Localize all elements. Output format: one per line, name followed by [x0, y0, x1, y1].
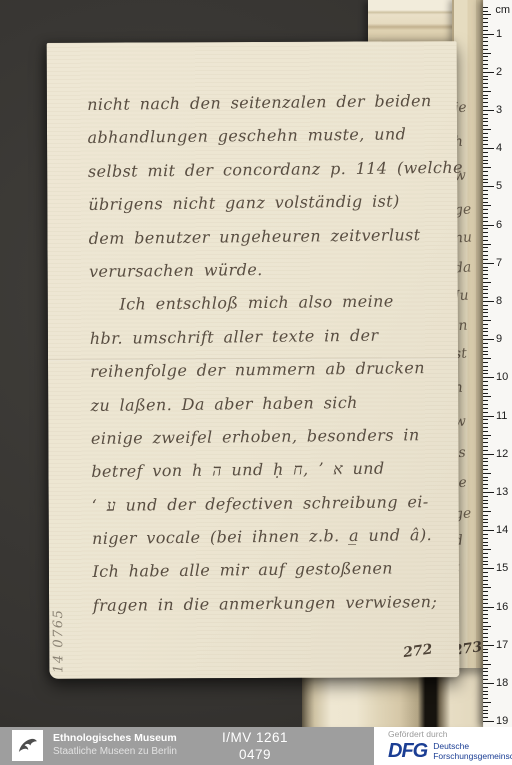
ruler-mm-tick — [483, 293, 488, 294]
ruler-mm-tick — [483, 14, 491, 15]
ruler-cm-label: 11 — [496, 409, 510, 423]
ruler-cm-tick — [483, 110, 494, 111]
ruler-mm-tick — [483, 561, 488, 562]
ruler-mm-tick — [483, 49, 488, 50]
cm-ruler: cm 12345678910111213141516171819 — [483, 0, 512, 727]
handwriting-line: hbr. umschrift aller texte in der — [90, 318, 452, 355]
ruler-mm-tick — [483, 76, 488, 77]
ruler-mm-tick — [483, 442, 488, 443]
funding-label: Gefördert durch — [388, 729, 510, 739]
ruler-mm-tick — [483, 393, 488, 394]
scan-viewer-stage: jehwgenudaJuinsthwislegedt 273 nicht nac… — [0, 0, 512, 765]
ruler-mm-tick — [483, 79, 488, 80]
ruler-mm-tick — [483, 603, 488, 604]
ruler-cm-label: 16 — [496, 600, 510, 614]
ruler-cm-label: 19 — [496, 714, 510, 728]
ruler-cm-label: 15 — [496, 561, 510, 575]
page-number-left: 272 — [402, 642, 433, 662]
ruler-mm-tick — [483, 102, 488, 103]
ruler-mm-tick — [483, 641, 488, 642]
ruler-mm-tick — [483, 274, 488, 275]
ruler-mm-tick — [483, 549, 491, 550]
ruler-mm-tick — [483, 26, 488, 27]
ruler-mm-tick — [483, 213, 488, 214]
ruler-cm-label: 2 — [496, 65, 510, 79]
handwriting-block: nicht nach den seitenzalen der beidenabh… — [87, 84, 455, 622]
ruler-mm-tick — [483, 668, 488, 669]
dfg-name-line1: Deutsche — [433, 741, 469, 751]
ruler-mm-tick — [483, 156, 488, 157]
handwriting-line: verursachen würde. — [89, 251, 451, 288]
ruler-cm-tick — [483, 721, 494, 722]
ruler-mm-tick — [483, 587, 491, 588]
ruler-cm-tick — [483, 225, 494, 226]
ruler-mm-tick — [483, 480, 488, 481]
ruler-mm-tick — [483, 660, 488, 661]
ruler-mm-tick — [483, 553, 488, 554]
ruler-mm-tick — [483, 247, 488, 248]
museum-title-block: Ethnologisches Museum Staatliche Museen … — [53, 732, 177, 758]
inventory-stamp-vertical: 14 0765 — [51, 589, 69, 673]
ruler-mm-tick — [483, 228, 488, 229]
ruler-cm-tick — [483, 148, 494, 149]
ruler-mm-tick — [483, 167, 491, 168]
ruler-mm-tick — [483, 599, 488, 600]
ruler-mm-tick — [483, 637, 488, 638]
ruler-mm-tick — [483, 469, 488, 470]
ruler-mm-tick — [483, 267, 488, 268]
ruler-mm-tick — [483, 652, 488, 653]
ruler-mm-tick — [483, 98, 488, 99]
ruler-mm-tick — [483, 412, 488, 413]
ruler-mm-tick — [483, 500, 488, 501]
ruler-cm-label: 6 — [496, 218, 510, 232]
ruler-mm-tick — [483, 484, 488, 485]
ruler-mm-tick — [483, 37, 488, 38]
handwriting-line: ʻ ע und der defectiven schreibung ei- — [91, 485, 453, 522]
ruler-cm-tick — [483, 645, 494, 646]
ruler-mm-tick — [483, 129, 491, 130]
ruler-mm-tick — [483, 305, 488, 306]
ruler-mm-tick — [483, 351, 488, 352]
museum-subtitle: Staatliche Museen zu Berlin — [53, 745, 177, 758]
ruler-mm-tick — [483, 121, 488, 122]
document-id-line1: I/MV 1261 — [190, 729, 320, 746]
ruler-cm-label: 13 — [496, 485, 510, 499]
letter-page: nicht nach den seitenzalen der beidenabh… — [47, 41, 460, 679]
handwriting-line: reihenfolge der nummern ab drucken — [90, 351, 452, 388]
ruler-mm-tick — [483, 629, 488, 630]
ruler-mm-tick — [483, 408, 488, 409]
ruler-mm-tick — [483, 205, 491, 206]
ruler-mm-tick — [483, 60, 488, 61]
ruler-cm-tick — [483, 568, 494, 569]
ruler-cm-label: 12 — [496, 447, 510, 461]
ruler-mm-tick — [483, 557, 488, 558]
ruler-mm-tick — [483, 83, 488, 84]
ruler-mm-tick — [483, 251, 488, 252]
ruler-mm-tick — [483, 324, 488, 325]
ruler-mm-tick — [483, 179, 488, 180]
ruler-mm-tick — [483, 564, 488, 565]
ruler-mm-tick — [483, 362, 488, 363]
ruler-mm-tick — [483, 209, 488, 210]
ruler-cm-label: 9 — [496, 332, 510, 346]
ruler-mm-tick — [483, 297, 488, 298]
ruler-mm-tick — [483, 221, 488, 222]
photo-background: jehwgenudaJuinsthwislegedt 273 nicht nac… — [0, 0, 512, 727]
ruler-mm-tick — [483, 194, 488, 195]
ruler-mm-tick — [483, 7, 488, 8]
ruler-mm-tick — [483, 423, 488, 424]
ruler-mm-tick — [483, 461, 488, 462]
ruler-mm-tick — [483, 446, 488, 447]
ruler-mm-tick — [483, 236, 488, 237]
ruler-mm-tick — [483, 289, 488, 290]
ruler-mm-tick — [483, 182, 488, 183]
handwriting-line: Ich entschloß mich also meine — [89, 284, 451, 321]
ruler-mm-tick — [483, 331, 488, 332]
ruler-mm-tick — [483, 576, 488, 577]
ruler-mm-tick — [483, 270, 488, 271]
ruler-mm-tick — [483, 255, 488, 256]
ruler-mm-tick — [483, 278, 488, 279]
handwriting-line: nicht nach den seitenzalen der beiden — [87, 84, 449, 121]
ruler-mm-tick — [483, 244, 491, 245]
handwriting-line: betref von h ה und ḥ ח, ʼ א und — [91, 451, 453, 488]
ruler-mm-tick — [483, 282, 491, 283]
ruler-cm-tick — [483, 339, 494, 340]
ruler-mm-tick — [483, 404, 488, 405]
ruler-mm-tick — [483, 68, 488, 69]
ruler-mm-tick — [483, 526, 488, 527]
ruler-mm-tick — [483, 614, 488, 615]
ruler-mm-tick — [483, 584, 488, 585]
ruler-mm-tick — [483, 64, 488, 65]
ruler-mm-tick — [483, 316, 488, 317]
ruler-mm-tick — [483, 91, 491, 92]
ruler-mm-tick — [483, 358, 491, 359]
ruler-mm-tick — [483, 400, 488, 401]
footer-bar: Ethnologisches Museum Staatliche Museen … — [0, 727, 512, 765]
ruler-cm-label: 7 — [496, 256, 510, 270]
ruler-mm-tick — [483, 691, 488, 692]
ruler-mm-tick — [483, 396, 491, 397]
ruler-mm-tick — [483, 309, 488, 310]
ruler-mm-tick — [483, 706, 488, 707]
ruler-cm-tick — [483, 186, 494, 187]
ruler-unit-label: cm — [495, 4, 510, 16]
ruler-mm-tick — [483, 435, 491, 436]
ruler-mm-tick — [483, 335, 488, 336]
funding-block: Gefördert durch DFG Deutsche Forschungsg… — [388, 729, 510, 762]
ruler-cm-label: 4 — [496, 141, 510, 155]
dfg-full-name: Deutsche Forschungsgemeinschaft — [433, 741, 512, 761]
document-id-line2: 0479 — [190, 746, 320, 763]
ruler-mm-tick — [483, 618, 488, 619]
eagle-icon — [16, 734, 39, 757]
ruler-cm-label: 8 — [496, 294, 510, 308]
ruler-mm-tick — [483, 286, 488, 287]
ruler-mm-tick — [483, 217, 488, 218]
ruler-mm-tick — [483, 488, 488, 489]
ruler-mm-tick — [483, 133, 488, 134]
ruler-mm-tick — [483, 41, 488, 42]
ruler-mm-tick — [483, 125, 488, 126]
ruler-mm-tick — [483, 671, 488, 672]
ruler-mm-tick — [483, 519, 488, 520]
ruler-mm-tick — [483, 580, 488, 581]
ruler-cm-tick — [483, 34, 494, 35]
ruler-mm-tick — [483, 710, 488, 711]
handwriting-line: niger vocale (bei ihnen z.b. a̲ und â). — [92, 518, 454, 555]
ruler-mm-tick — [483, 427, 488, 428]
museum-logo — [12, 730, 43, 761]
ruler-mm-tick — [483, 450, 488, 451]
ruler-mm-tick — [483, 202, 488, 203]
ruler-mm-tick — [483, 347, 488, 348]
handwriting-line: übrigens nicht ganz volständig ist) — [88, 184, 450, 221]
ruler-cm-label: 17 — [496, 638, 510, 652]
ruler-cm-tick — [483, 72, 494, 73]
handwriting-line: dem benutzer ungeheuren zeitverlust — [88, 217, 450, 254]
ruler-mm-tick — [483, 389, 488, 390]
ruler-mm-tick — [483, 320, 491, 321]
handwriting-line: abhandlungen geschehn muste, und — [87, 117, 449, 154]
ruler-mm-tick — [483, 385, 488, 386]
dfg-name-line2: Forschungsgemeinschaft — [433, 751, 512, 761]
ruler-mm-tick — [483, 511, 491, 512]
ruler-cm-tick — [483, 530, 494, 531]
ruler-mm-tick — [483, 465, 488, 466]
ruler-mm-tick — [483, 542, 488, 543]
ruler-mm-tick — [483, 507, 488, 508]
ruler-mm-tick — [483, 163, 488, 164]
ruler-mm-tick — [483, 572, 488, 573]
ruler-mm-tick — [483, 144, 488, 145]
ruler-cm-tick — [483, 377, 494, 378]
ruler-mm-tick — [483, 87, 488, 88]
document-id: I/MV 1261 0479 — [190, 729, 320, 763]
ruler-cm-label: 14 — [496, 523, 510, 537]
handwriting-line: einige zweifel erhoben, besonders in — [91, 418, 453, 455]
ruler-mm-tick — [483, 18, 488, 19]
ruler-mm-tick — [483, 354, 488, 355]
ruler-mm-tick — [483, 675, 488, 676]
ruler-mm-tick — [483, 240, 488, 241]
ruler-mm-tick — [483, 171, 488, 172]
ruler-mm-tick — [483, 694, 488, 695]
ruler-mm-tick — [483, 419, 488, 420]
ruler-mm-tick — [483, 328, 488, 329]
ruler-cm-label: 18 — [496, 676, 510, 690]
ruler-mm-tick — [483, 622, 488, 623]
ruler-mm-tick — [483, 698, 488, 699]
ruler-mm-tick — [483, 45, 488, 46]
ruler-mm-tick — [483, 366, 488, 367]
ruler-mm-tick — [483, 198, 488, 199]
ruler-cm-tick — [483, 301, 494, 302]
dfg-logo: DFG — [388, 740, 427, 762]
ruler-mm-tick — [483, 22, 488, 23]
ruler-mm-tick — [483, 633, 488, 634]
ruler-mm-tick — [483, 53, 491, 54]
ruler-cm-tick — [483, 454, 494, 455]
ruler-mm-tick — [483, 717, 488, 718]
ruler-mm-tick — [483, 458, 488, 459]
ruler-mm-tick — [483, 664, 491, 665]
ruler-mm-tick — [483, 259, 488, 260]
ruler-mm-tick — [483, 175, 488, 176]
ruler-cm-tick — [483, 416, 494, 417]
ruler-mm-tick — [483, 190, 488, 191]
ruler-mm-tick — [483, 503, 488, 504]
ruler-mm-tick — [483, 656, 488, 657]
ruler-cm-tick — [483, 492, 494, 493]
dfg-logo-row: DFG Deutsche Forschungsgemeinschaft — [388, 740, 510, 762]
ruler-mm-tick — [483, 106, 488, 107]
ruler-mm-tick — [483, 591, 488, 592]
ruler-mm-tick — [483, 649, 488, 650]
ruler-mm-tick — [483, 373, 488, 374]
ruler-mm-tick — [483, 610, 488, 611]
ruler-mm-tick — [483, 370, 488, 371]
ruler-mm-tick — [483, 496, 488, 497]
ruler-mm-tick — [483, 545, 488, 546]
ruler-mm-tick — [483, 114, 488, 115]
ruler-mm-tick — [483, 30, 488, 31]
ruler-mm-tick — [483, 595, 488, 596]
ruler-cm-label: 1 — [496, 27, 510, 41]
ruler-mm-tick — [483, 679, 488, 680]
ruler-cm-tick — [483, 683, 494, 684]
handwriting-line: fragen in die anmerkungen verwiesen; — [93, 585, 455, 622]
ruler-mm-tick — [483, 702, 491, 703]
ruler-mm-tick — [483, 431, 488, 432]
ruler-mm-tick — [483, 312, 488, 313]
ruler-mm-tick — [483, 438, 488, 439]
ruler-mm-tick — [483, 152, 488, 153]
ruler-mm-tick — [483, 232, 488, 233]
ruler-mm-tick — [483, 713, 488, 714]
museum-name: Ethnologisches Museum — [53, 732, 177, 745]
ruler-mm-tick — [483, 473, 491, 474]
ruler-mm-tick — [483, 522, 488, 523]
ruler-cm-label: 10 — [496, 370, 510, 384]
ruler-mm-tick — [483, 140, 488, 141]
ruler-mm-tick — [483, 626, 491, 627]
ruler-mm-tick — [483, 11, 488, 12]
ruler-cm-tick — [483, 607, 494, 608]
museum-banner: Ethnologisches Museum Staatliche Museen … — [0, 727, 374, 765]
ruler-mm-tick — [483, 381, 488, 382]
ruler-mm-tick — [483, 687, 488, 688]
ruler-mm-tick — [483, 343, 488, 344]
ruler-mm-tick — [483, 160, 488, 161]
ruler-cm-label: 5 — [496, 179, 510, 193]
ruler-mm-tick — [483, 534, 488, 535]
ruler-mm-tick — [483, 118, 488, 119]
ruler-mm-tick — [483, 538, 488, 539]
handwriting-line: selbst mit der concordanz p. 114 (welche — [88, 151, 450, 188]
ruler-mm-tick — [483, 477, 488, 478]
handwriting-line: Ich habe alle mir auf gestoßenen — [92, 551, 454, 588]
ruler-cm-label: 3 — [496, 103, 510, 117]
ruler-cm-tick — [483, 263, 494, 264]
ruler-mm-tick — [483, 515, 488, 516]
ruler-mm-tick — [483, 137, 488, 138]
ruler-mm-tick — [483, 95, 488, 96]
ruler-mm-tick — [483, 56, 488, 57]
handwriting-line: zu laßen. Da aber haben sich — [90, 384, 452, 421]
